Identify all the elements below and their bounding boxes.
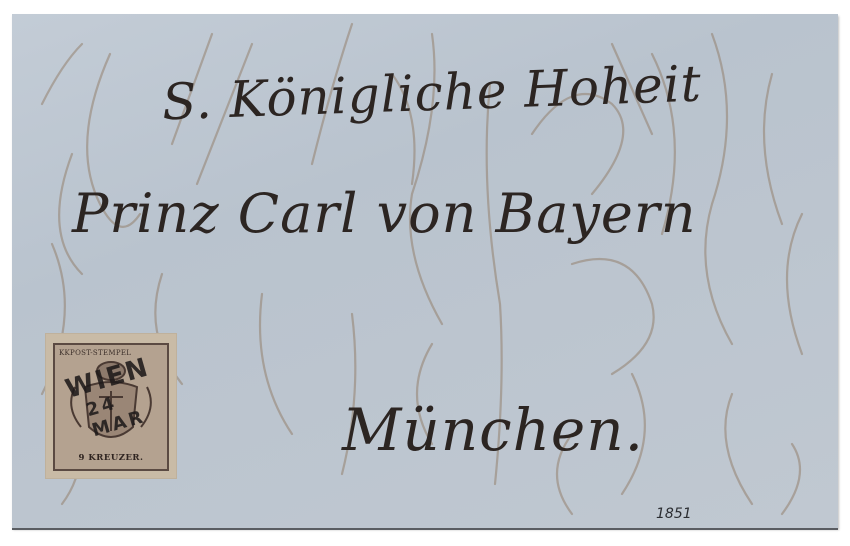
stamp-value-text: 9 KREUZER.	[55, 453, 167, 463]
postage-stamp: KKPOST-STEMPEL 9 KREUZER. WIEN 24 MAR	[46, 334, 176, 478]
stamp-top-text: KKPOST-STEMPEL	[59, 349, 131, 357]
address-line-city: München.	[342, 396, 644, 464]
address-line-name: Prinz Carl von Bayern	[72, 182, 696, 245]
pencil-year-note: 1851	[656, 506, 692, 522]
letter-cover: S. Königliche Hoheit Prinz Carl von Baye…	[12, 14, 838, 528]
